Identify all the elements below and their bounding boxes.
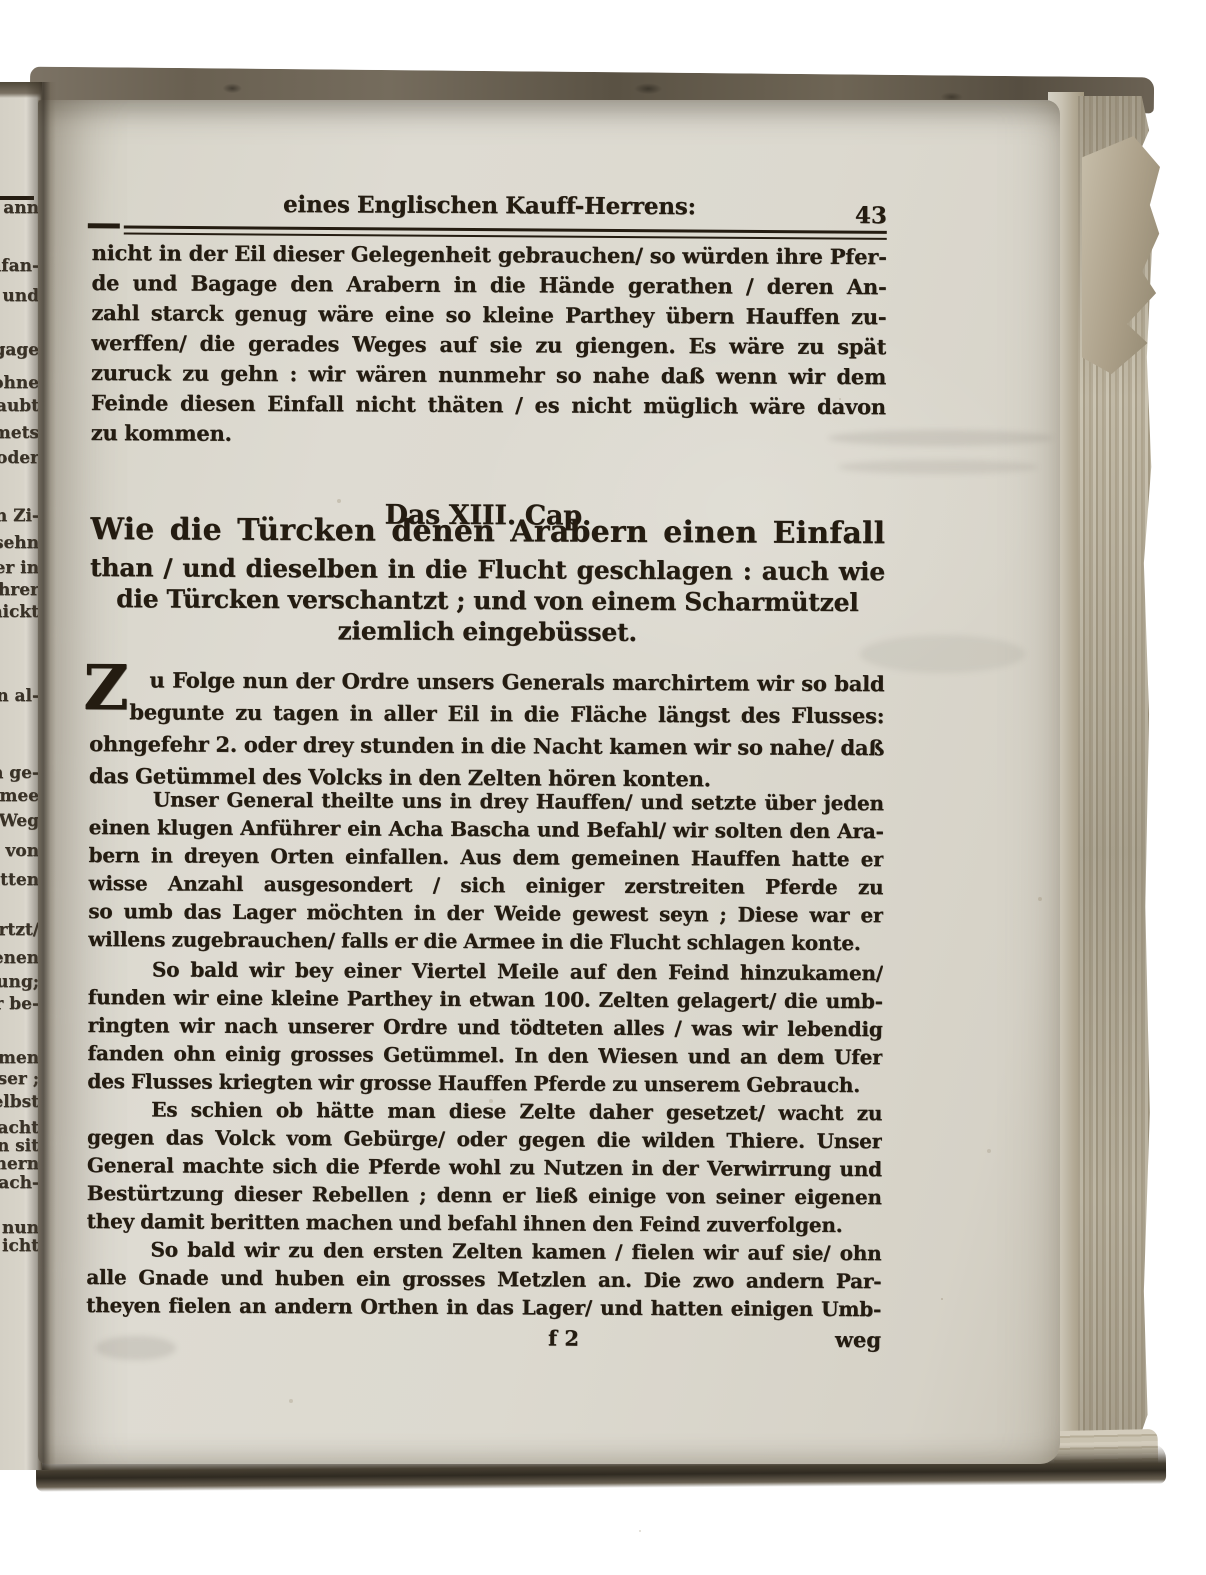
book-photo: ann anfan- len und agage nd ohne erhaubt… — [0, 0, 1206, 1575]
text-line: Wie die Türcken denen Arabern einen Einf… — [90, 508, 885, 556]
text-line: wisse Anzahl ausgesondert / sich einiger… — [88, 870, 883, 902]
paragraph-1: nicht in der Eil dieser Gelegenheit gebr… — [91, 238, 887, 452]
running-title: eines Englischen Kauff-Herrens: — [92, 190, 887, 224]
text-line: die Türcken verschantzt ; und von einem … — [90, 583, 885, 618]
text-line: gegen das Volck vom Gebürge/ oder gegen … — [87, 1124, 882, 1156]
text-line: so umb das Lager möchten in der Weide ge… — [88, 898, 883, 930]
text-line: Es schien ob hätte man diese Zelte daher… — [87, 1096, 882, 1128]
text-line: des Flusses kriegten wir grosse Hauffen … — [87, 1068, 882, 1100]
text-line: alle Gnade und huben ein grosses Metzlen… — [86, 1264, 881, 1296]
text-block: eines Englischen Kauff-Herrens: 43 nicht… — [86, 190, 887, 1374]
text-line: fanden ohn einig grosses Getümmel. In de… — [87, 1040, 882, 1072]
text-line: General machte sich die Pferde wohl zu N… — [87, 1152, 882, 1184]
text-line: nicht in der Eil dieser Gelegenheit gebr… — [92, 238, 887, 272]
text-line: zu kommen. — [91, 418, 886, 452]
text-line: Unser General theilte uns in drey Hauffe… — [89, 786, 884, 818]
text-line: Bestürtzung dieser Rebellen ; denn er li… — [87, 1180, 882, 1212]
text-line: willens zugebrauchen/ falls er die Armee… — [88, 926, 883, 958]
text-line: zahl starck genug wäre eine so kleine Pa… — [91, 298, 886, 332]
text-line: werffen/ die gerades Weges auf sie zu gi… — [91, 328, 886, 362]
text-line: ringten wir nach unserer Ordre und tödte… — [88, 1012, 883, 1044]
gutter-shadow — [26, 82, 56, 1470]
signature-mark: f 2 — [548, 1325, 579, 1350]
page-number: 43 — [855, 202, 887, 229]
text-line: begunte zu tagen in aller Eil in die Flä… — [89, 696, 884, 732]
text-line: ziemlich eingebüsset. — [90, 614, 885, 649]
text-line: So bald wir zu den ersten Zelten kamen /… — [86, 1236, 881, 1268]
text-line: they damit beritten machen und befahl ih… — [87, 1208, 882, 1240]
text-line: Feinde diesen Einfall nicht thäten / es … — [91, 388, 886, 422]
chapter-summary: Wie die Türcken denen Arabern einen Einf… — [90, 508, 886, 649]
text-line: zuruck zu gehn : wir wären nunmehr so na… — [91, 358, 886, 392]
catchword: weg — [835, 1327, 881, 1352]
book-fore-edge — [1048, 92, 1164, 1474]
paragraph-5: Es schien ob hätte man diese Zelte daher… — [87, 1096, 883, 1240]
text-line: de und Bagage den Arabern in die Hände g… — [91, 268, 886, 302]
paragraph-2: u Folge nun der Ordre unsers Generals ma… — [89, 664, 885, 796]
text-line: ohngefehr 2. oder drey stunden in die Na… — [89, 728, 884, 764]
text-line: theyen fielen an andern Orthen in das La… — [86, 1292, 881, 1324]
paragraph-6: So bald wir zu den ersten Zelten kamen /… — [86, 1236, 881, 1324]
text-line: einen klugen Anführer ein Acha Bascha un… — [89, 814, 884, 846]
text-line: u Folge nun der Ordre unsers Generals ma… — [89, 664, 884, 700]
paragraph-4: So bald wir bey einer Viertel Meile auf … — [87, 956, 883, 1100]
torn-page-flap — [1082, 136, 1160, 374]
text-line: funden wir eine kleine Parthey in etwan … — [88, 984, 883, 1016]
text-line: than / und dieselben in die Flucht gesch… — [90, 552, 885, 587]
text-line: So bald wir bey einer Viertel Meile auf … — [88, 956, 883, 988]
page-footer: f 2 weg — [86, 1323, 881, 1357]
paragraph-3: Unser General theilte uns in drey Hauffe… — [88, 786, 884, 958]
text-line: bern in dreyen Orten einfallen. Aus dem … — [88, 842, 883, 874]
showthrough-mark — [860, 635, 1025, 673]
